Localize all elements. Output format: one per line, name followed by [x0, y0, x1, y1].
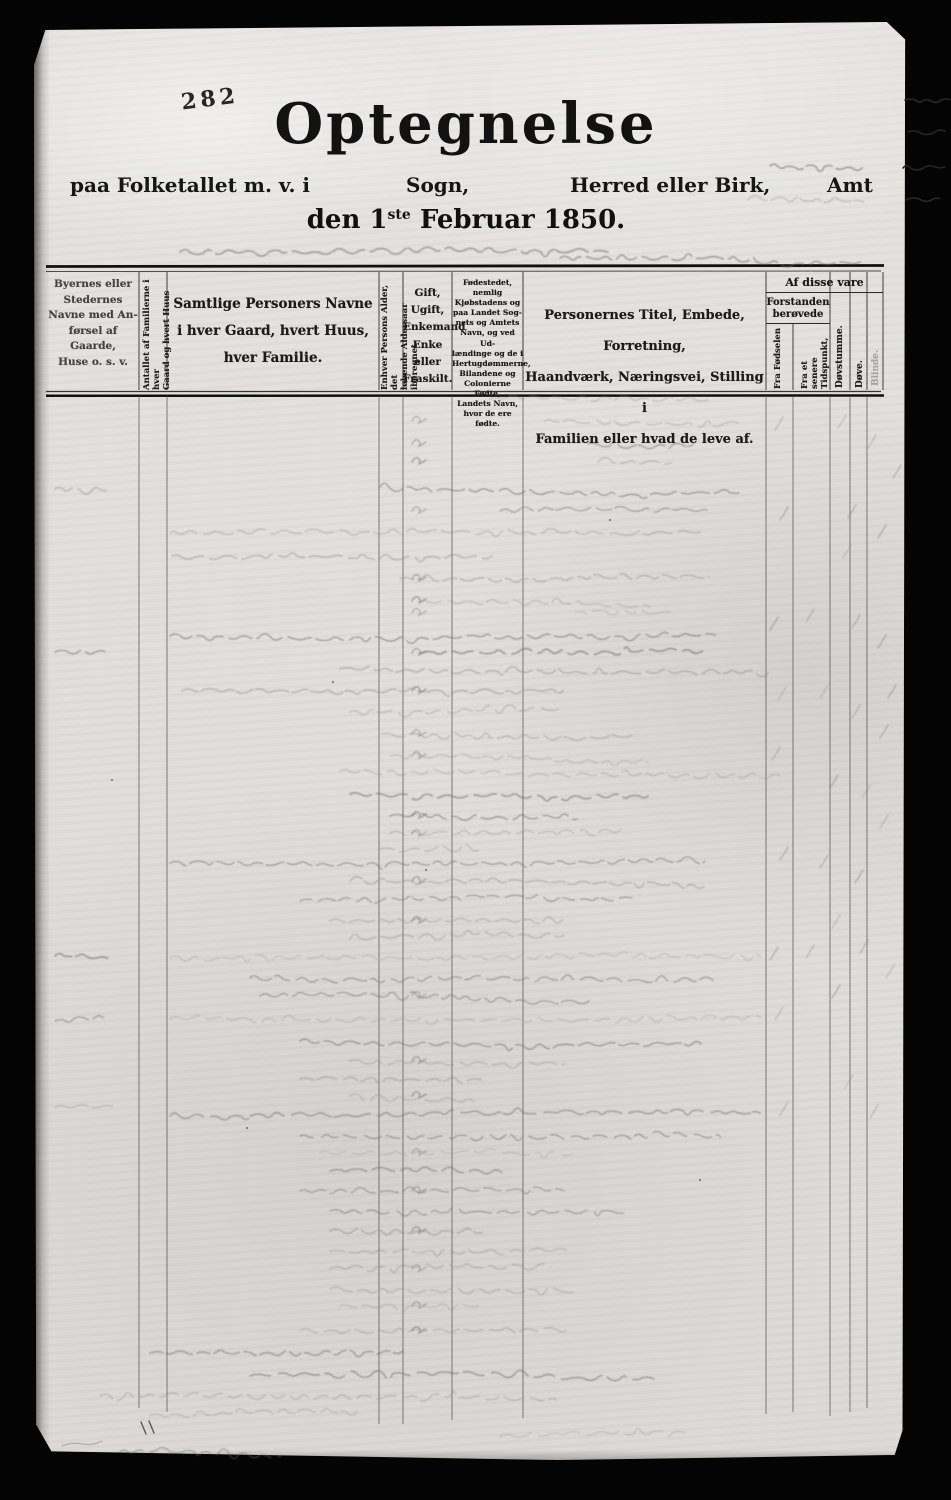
- col-header-deaf: Døve.: [855, 316, 865, 388]
- col-header-deaf-mute: Døvstumme.: [835, 316, 845, 388]
- page-title: Optegnelse: [240, 96, 692, 152]
- col-header-mentally-disabled: Forstanden berøvede: [766, 297, 830, 321]
- subtitle-amt: Amt: [827, 173, 873, 197]
- scanned-document: 282 Optegnelse paa Folketallet m. v. i S…: [0, 0, 951, 1500]
- date-superscript: ste: [388, 207, 411, 223]
- subtitle-lead: paa Folketallet m. v. i: [70, 173, 310, 197]
- col-header-from-birth: Fra Fødselen: [774, 327, 784, 389]
- col-group-of-these-were: Af disse vare: [766, 276, 883, 289]
- col-header-places: Byernes eller Stedernes Navne med An- fø…: [48, 277, 138, 370]
- col-header-occupation: Personernes Titel, Embede, Forretning, H…: [523, 300, 766, 455]
- subtitle-herred: Herred eller Birk,: [570, 173, 770, 197]
- col-header-blind: Blinde.: [871, 314, 881, 386]
- col-header-marital-status: Gift, Ugift, Enkemand Enke eller Fraskil…: [403, 285, 452, 388]
- scanned-page: [34, 22, 906, 1468]
- subtitle-sogn: Sogn,: [406, 173, 469, 197]
- col-header-birthplace: Fødestedet, nemlig Kjøbstadens og paa La…: [452, 278, 523, 429]
- col-header-names: Samtlige Personers Navne i hver Gaard, h…: [167, 291, 379, 372]
- date-prefix: den 1: [307, 205, 388, 235]
- date-suffix: Februar 1850.: [411, 205, 625, 235]
- col-header-from-later: Fra et senere Tidspunkt,: [801, 327, 831, 389]
- date-line: den 1ste Februar 1850.: [240, 205, 692, 235]
